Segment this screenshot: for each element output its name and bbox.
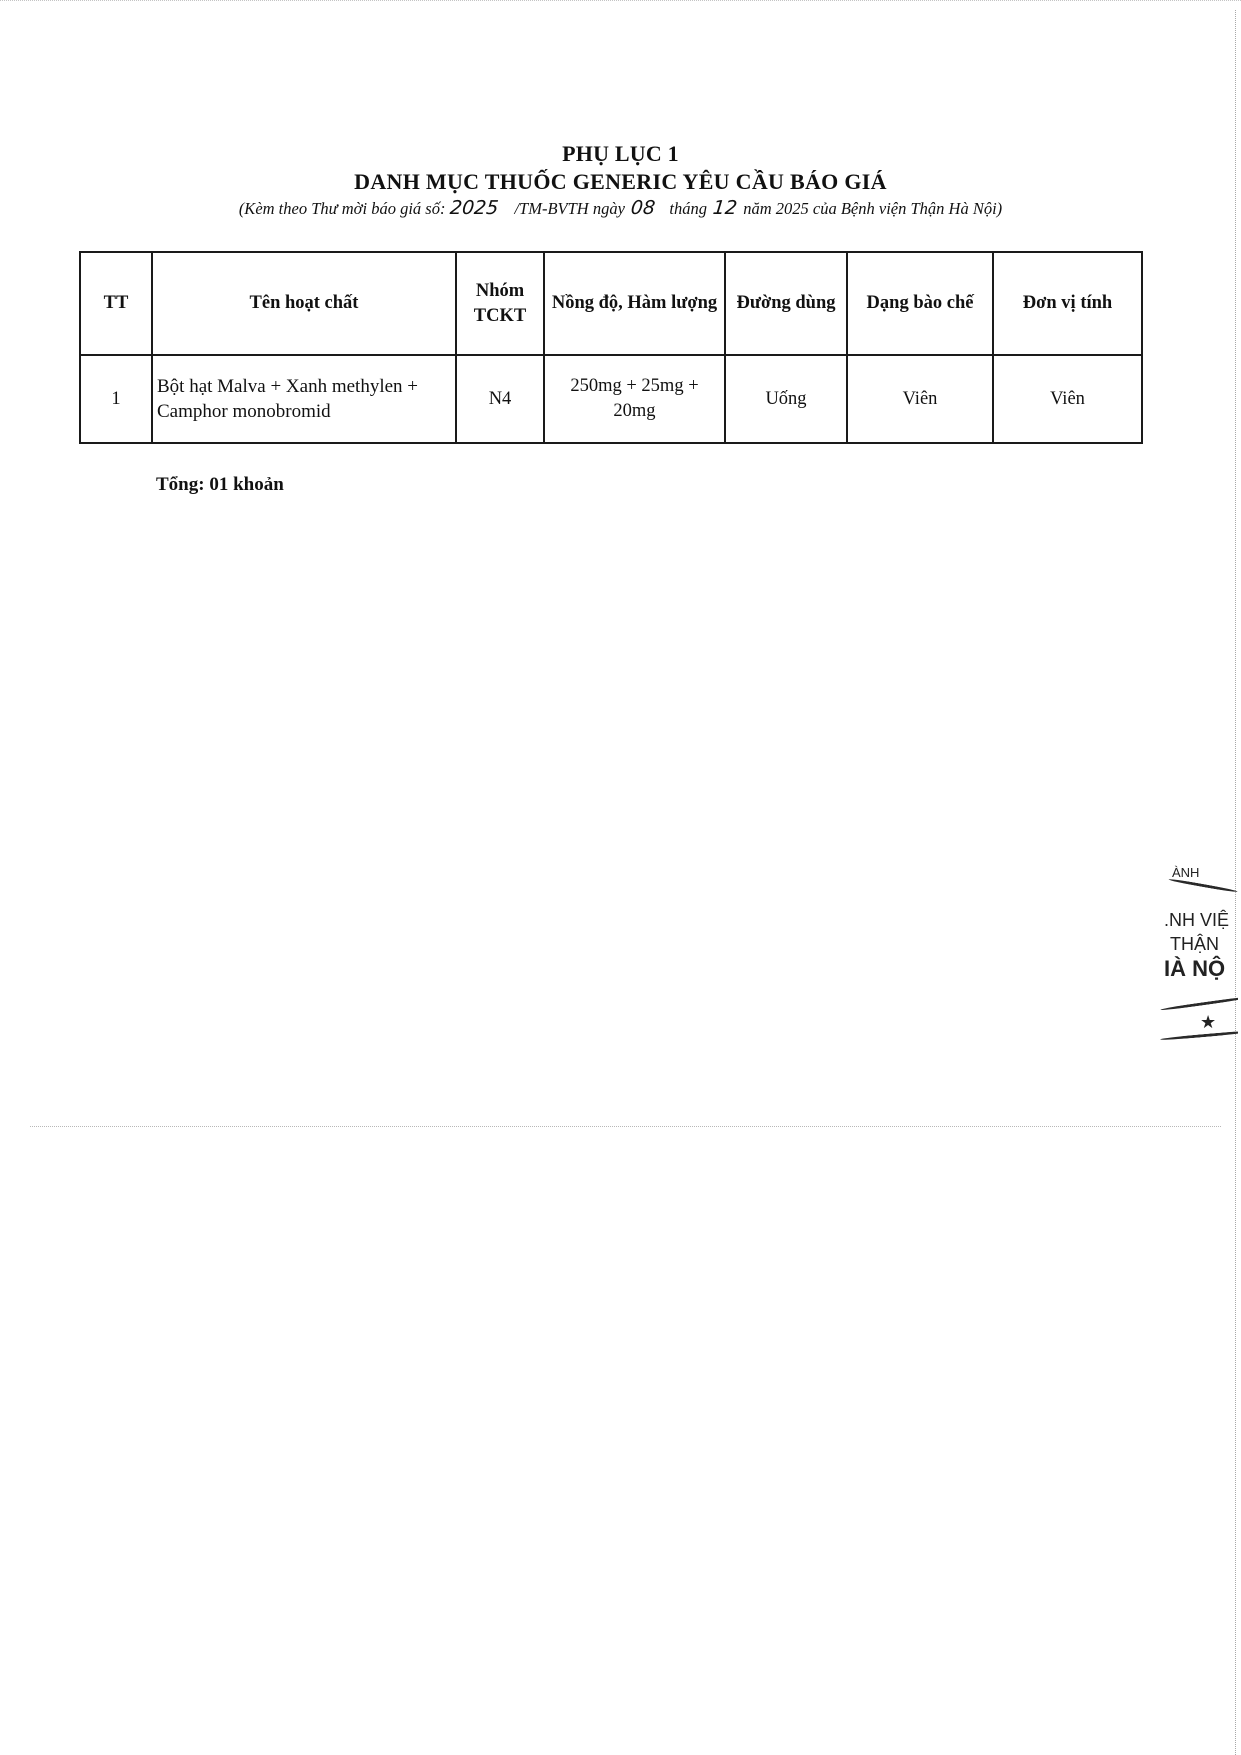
cell-technical-group: N4 xyxy=(456,355,544,443)
handwritten-day: 08 xyxy=(628,196,659,220)
list-title: DANH MỤC THUỐC GENERIC YÊU CẦU BÁO GIÁ xyxy=(0,168,1241,196)
header-unit: Đơn vị tính xyxy=(993,252,1142,355)
header-active-ingredient: Tên hoạt chất xyxy=(152,252,456,355)
table-header-row: TT Tên hoạt chất Nhóm TCKT Nồng độ, Hàm … xyxy=(80,252,1142,355)
document-header: PHỤ LỤC 1 DANH MỤC THUỐC GENERIC YÊU CẦU… xyxy=(0,140,1241,221)
cell-route: Uống xyxy=(725,355,847,443)
page-fold-line xyxy=(30,1126,1221,1127)
document-subtitle: (Kèm theo Thư mời báo giá số: 2025 /TM-B… xyxy=(0,196,1241,221)
scan-top-edge xyxy=(0,0,1241,1)
drug-list-table: TT Tên hoạt chất Nhóm TCKT Nồng độ, Hàm … xyxy=(79,251,1143,444)
scanned-page: PHỤ LỤC 1 DANH MỤC THUỐC GENERIC YÊU CẦU… xyxy=(0,0,1241,1755)
handwritten-month: 12 xyxy=(710,196,741,220)
subtitle-doc-code: /TM-BVTH ngày xyxy=(514,199,624,218)
stamp-line-2: THẬN xyxy=(1170,934,1219,955)
cell-tt: 1 xyxy=(80,355,152,443)
cell-unit: Viên xyxy=(993,355,1142,443)
star-icon: ★ xyxy=(1200,1012,1216,1033)
stamp-line-3: IÀ NỘ xyxy=(1164,956,1225,982)
header-strength: Nồng độ, Hàm lượng xyxy=(544,252,725,355)
header-dosage-form: Dạng bào chế xyxy=(847,252,993,355)
subtitle-prefix: (Kèm theo Thư mời báo giá số: xyxy=(239,199,446,218)
total-items: Tổng: 01 khoản xyxy=(156,474,284,496)
stamp-arc xyxy=(1168,878,1237,893)
header-tt: TT xyxy=(80,252,152,355)
handwritten-letter-number: 2025 xyxy=(448,196,499,220)
cell-strength: 250mg + 25mg + 20mg xyxy=(544,355,725,443)
stamp-line-1: .NH VIỆ xyxy=(1164,910,1229,931)
stamp-arc xyxy=(1160,996,1241,1011)
stamp-top-text: ÀNH xyxy=(1172,865,1199,880)
appendix-title: PHỤ LỤC 1 xyxy=(0,140,1241,168)
header-technical-group: Nhóm TCKT xyxy=(456,252,544,355)
subtitle-suffix: năm 2025 của Bệnh viện Thận Hà Nội) xyxy=(743,199,1002,218)
header-route: Đường dùng xyxy=(725,252,847,355)
subtitle-month-label: tháng xyxy=(669,199,707,218)
cell-active-ingredient: Bột hạt Malva + Xanh methylen + Camphor … xyxy=(152,355,456,443)
cell-dosage-form: Viên xyxy=(847,355,993,443)
hospital-seal-stamp: ÀNH .NH VIỆ THẬN IÀ NỘ ★ xyxy=(1158,862,1241,1052)
table-row: 1 Bột hạt Malva + Xanh methylen + Campho… xyxy=(80,355,1142,443)
